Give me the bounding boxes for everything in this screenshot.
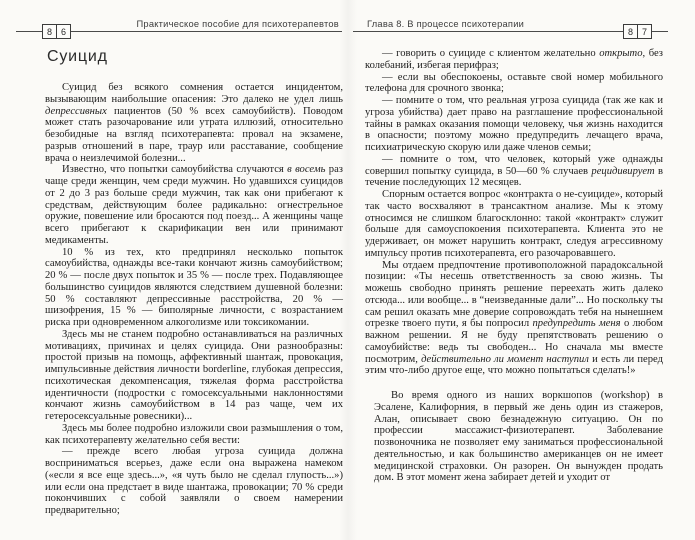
book-spread: 8 6 Практическое пособие для психотерапе… [0, 0, 695, 540]
body-paragraph: — прежде всего любая угроза суицида долж… [45, 446, 343, 517]
chapter-title: Суицид [47, 48, 343, 66]
running-head: Практическое пособие для психотерапевтов [136, 19, 339, 29]
left-page-paragraphs: Суицид без всякого сомнения остается инц… [45, 82, 343, 517]
case-vignette-paragraph: Во время одного из наших воркшопов (work… [365, 390, 663, 484]
left-page: 8 6 Практическое пособие для психотерапе… [0, 0, 347, 540]
body-paragraph: — говорить о суициде с клиентом желатель… [365, 48, 663, 72]
body-paragraph: Мы отдаем предпочтение противоположной п… [365, 260, 663, 378]
right-page-body: — говорить о суициде с клиентом желатель… [365, 48, 663, 484]
body-paragraph: Здесь мы более подробно изложили свои ра… [45, 423, 343, 447]
page-number-digit: 7 [642, 27, 647, 37]
page-number-box: 8 [623, 24, 638, 39]
page-number-box: 8 [42, 24, 57, 39]
body-paragraph: — если вы обеспокоены, оставьте свой ном… [365, 72, 663, 96]
page-number-box: 6 [56, 24, 71, 39]
body-paragraph: — помните о том, что человек, который уж… [365, 154, 663, 189]
right-page-paragraphs: — говорить о суициде с клиентом желатель… [365, 48, 663, 484]
left-page-body: Суицид Суицид без всякого сомнения остае… [45, 48, 343, 517]
page-number: 8 7 [623, 24, 652, 39]
body-paragraph: 10 % из тех, кто предпринял несколько по… [45, 247, 343, 329]
body-paragraph: Известно, что попытки самоубийства случа… [45, 164, 343, 246]
page-number-box: 7 [637, 24, 652, 39]
page-number-digit: 8 [47, 27, 52, 37]
body-paragraph: Суицид без всякого сомнения остается инц… [45, 82, 343, 164]
running-head: Глава 8. В процессе психотерапии [367, 19, 524, 29]
header-rule [353, 31, 668, 32]
body-paragraph: Спорным остается вопрос «контракта о не-… [365, 189, 663, 260]
body-paragraph: Здесь мы не станем подробно останавливат… [45, 329, 343, 423]
body-paragraph: — помните о том, что реальная угроза суи… [365, 95, 663, 154]
right-page: Глава 8. В процессе психотерапии 8 7 — г… [347, 0, 694, 540]
page-number-digit: 8 [628, 27, 633, 37]
page-number-digit: 6 [61, 27, 66, 37]
page-number: 8 6 [42, 24, 71, 39]
